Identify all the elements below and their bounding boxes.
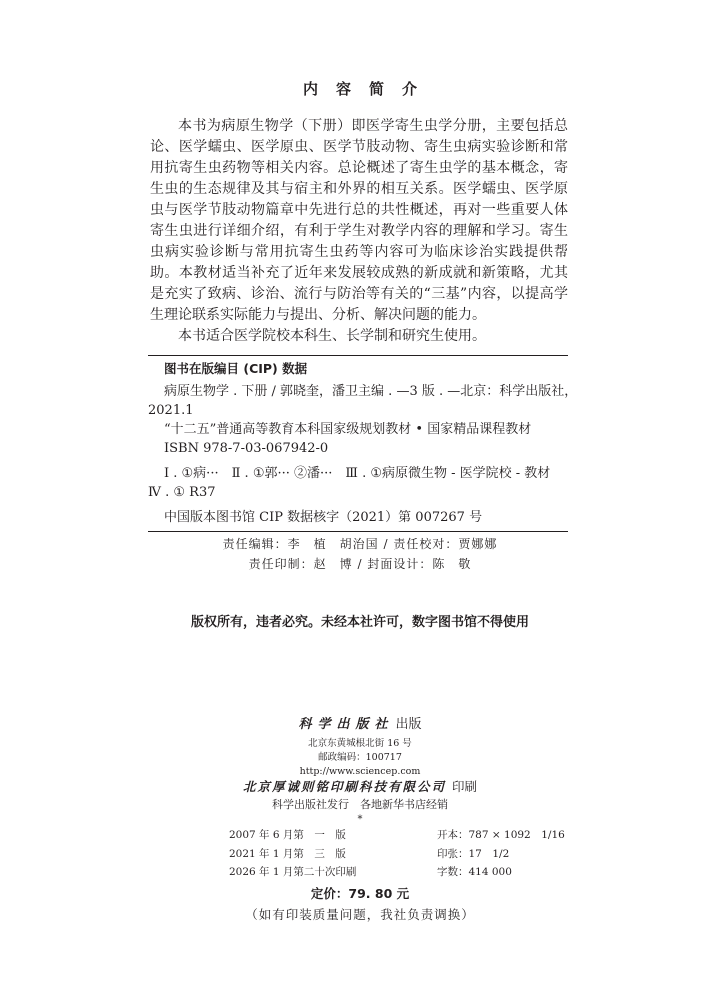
summary-paragraph: 本书为病原生物学（下册）即医学寄生虫学分册，主要包括总论、医学蠕虫、医学原虫、医…	[150, 116, 568, 326]
cip-title-line: 病原生物学 . 下册 / 郭晓奎，潘卫主编 . —3 版 . —北京：科学出版社…	[164, 383, 577, 401]
edition-date: 2021 年 1 月第 三 版	[229, 845, 437, 864]
cip-title-line-cont: 2021.1	[148, 402, 194, 420]
cip-top-rule	[148, 355, 568, 356]
publisher-name: 科学出版社	[298, 717, 393, 732]
publisher-postcode: 邮政编码：100717	[0, 751, 720, 765]
copyright-notice: 版权所有，违者必究。未经本社许可，数字图书馆不得使用	[0, 611, 720, 630]
edition-row: 2021 年 1 月第 三 版 印张：17 1/2	[229, 845, 565, 864]
publisher-suffix: 出版	[396, 717, 422, 732]
quality-notice: （如有印装质量问题，我社负责调换）	[0, 905, 720, 923]
edition-info: 2007 年 6 月第 一 版 开本：787 × 1092 1/16 2021 …	[229, 826, 565, 882]
distribution-line: 科学出版社发行 各地新华书店经销	[0, 797, 720, 813]
printer-name: 北京厚诚则铭印刷科技有限公司	[243, 779, 446, 794]
cip-heading: 图书在版编目 (CIP) 数据	[164, 360, 307, 378]
cip-series-line: “十二五”普通高等教育本科国家级规划教材 • 国家精品课程教材	[164, 421, 531, 439]
editors-line-2: 责任印制：赵 博 / 封面设计：陈 敬	[0, 555, 720, 573]
price: 定价：79. 80 元	[0, 884, 720, 902]
publisher-line: 科学出版社出版	[0, 716, 720, 734]
edition-row: 2007 年 6 月第 一 版 开本：787 × 1092 1/16	[229, 826, 565, 845]
printer-line: 北京厚诚则铭印刷科技有限公司印刷	[0, 778, 720, 796]
cip-verification: 中国版本图书馆 CIP 数据核字（2021）第 007267 号	[164, 509, 482, 527]
edition-date: 2007 年 6 月第 一 版	[229, 826, 437, 845]
separator-star: *	[0, 815, 720, 825]
publisher-url: http://www.sciencep.com	[0, 765, 720, 779]
publisher-address: 北京东黄城根北街 16 号	[0, 737, 720, 751]
cip-isbn: ISBN 978-7-03-067942-0	[164, 440, 328, 458]
printer-suffix: 印刷	[452, 779, 477, 794]
edition-row: 2026 年 1 月第二十次印刷 字数：414 000	[229, 863, 565, 882]
editors-line-1: 责任编辑：李 植 胡治国 / 责任校对：贾娜娜	[0, 535, 720, 553]
summary-body: 本书为病原生物学（下册）即医学寄生虫学分册，主要包括总论、医学蠕虫、医学原虫、医…	[150, 116, 568, 347]
cip-classification-cont: Ⅳ . ① R37	[148, 484, 216, 502]
edition-date: 2026 年 1 月第二十次印刷	[229, 863, 437, 882]
summary-paragraph: 本书适合医学院校本科生、长学制和研究生使用。	[150, 326, 568, 347]
edition-spec: 开本：787 × 1092 1/16	[437, 826, 565, 845]
summary-title: 内容简介	[0, 78, 720, 99]
cip-classification: Ⅰ . ①病··· Ⅱ . ①郭··· ②潘··· Ⅲ . ①病原微生物 - 医…	[164, 465, 550, 483]
edition-spec: 印张：17 1/2	[437, 845, 509, 864]
cip-bottom-rule	[148, 531, 568, 532]
edition-spec: 字数：414 000	[437, 863, 512, 882]
